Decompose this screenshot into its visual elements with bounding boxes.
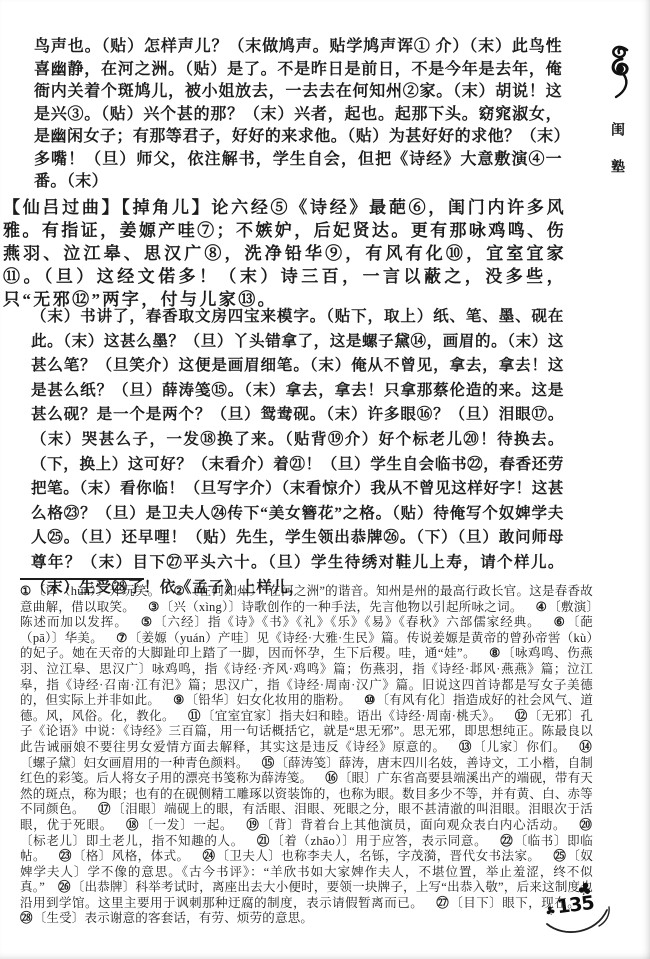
footnote-entry: ①〔诨（hùn）〕开玩笑。 — [20, 584, 160, 598]
footnote-marker: ⑪ — [188, 709, 201, 723]
footnote-marker: ⑩ — [364, 693, 375, 707]
footnote-marker: ⑱ — [126, 818, 139, 832]
aria-tune-label: 【仙吕过曲】【掉角儿】 — [3, 198, 211, 217]
footnote-marker: ㉑ — [257, 834, 270, 848]
footnote-marker: ⑮ — [262, 756, 275, 770]
footnote-marker: ⑨ — [173, 693, 184, 707]
footnote-entry: ⑬〔儿家〕你们。 — [459, 740, 566, 754]
footnote-marker: ㉖ — [58, 880, 71, 894]
footnote-marker: ⑬ — [459, 740, 472, 754]
footnote-entry: ⑪〔宜室宜家〕指夫妇和睦。语出《诗经·周南·桃夭》。 — [188, 709, 502, 723]
footnote-marker: ① — [20, 584, 31, 598]
footnote-marker: ⑲ — [246, 818, 259, 832]
footnote-marker: ㉕ — [553, 849, 566, 863]
footnote-marker: ㉓ — [59, 849, 72, 863]
footnote-marker: ㉘ — [20, 911, 33, 925]
footnote-entry: ⑲〔背〕背着台上其他演员，面向观众表白内心活动。 — [246, 818, 566, 832]
footnote-marker: ㉔ — [203, 849, 216, 863]
dialogue-paragraph-1: 鸟声也。（贴）怎样声儿？（末做鸠声。贴学鸠声诨① 介）（末）此鸟性喜幽静，在河之… — [34, 36, 562, 194]
page-number-badge: ♣ ♣ 135 — [544, 882, 622, 948]
footnote-marker: ⑧ — [489, 646, 501, 660]
footnote-entry: ㉘〔生受〕表示谢意的客套话，有劳、烦劳的意思。 — [20, 911, 313, 925]
footnote-marker: ⑤ — [141, 615, 153, 629]
footnote-marker: ⑰ — [98, 802, 111, 816]
textbook-page: 鸟声也。（贴）怎样声儿？（末做鸠声。贴学鸠声诨① 介）（末）此鸟性喜幽静，在河之… — [0, 0, 650, 959]
footnote-marker: ④ — [536, 600, 548, 614]
footnote-entry: ㉑〔着（zhāo）〕用于应答，表示同意。 — [257, 834, 487, 848]
footnote-marker: ⑭ — [579, 740, 592, 754]
footnote-entry: ⑱〔一发〕一起。 — [126, 818, 233, 832]
dialogue-paragraph-2: （末）书讲了，春香取文房四宝来模字。（贴下，取上）纸、笔、墨、砚在此。（末）这甚… — [31, 305, 564, 600]
footnote-marker: ㉗ — [436, 896, 449, 910]
footnote-marker: ⑥ — [554, 615, 566, 629]
aria-block: 【仙吕过曲】【掉角儿】论六经⑤《诗经》最葩⑥，闺门内许多风雅。有指证，姜嫄产哇⑦… — [3, 196, 566, 311]
footnote-entry: ⑤〔六经〕指《诗》《书》《礼》《乐》《易》《春秋》六部儒家经典。 — [141, 615, 541, 629]
chapter-title: 闺塾 — [606, 122, 626, 196]
footnote-marker: ⑳ — [579, 818, 592, 832]
footnote-marker: ㉒ — [500, 834, 513, 848]
footnote-marker: ② — [173, 584, 184, 598]
footnote-marker: ⑫ — [515, 709, 528, 723]
footnote-entry: ㉔〔卫夫人〕也称李夫人，名铄，字茂漪，晋代女书法家。 — [203, 849, 541, 863]
footnote-marker: ③ — [148, 600, 160, 614]
footnote-entry: ③〔兴（xìng）〕诗歌创作的一种手法，先言他物以引起所咏之词。 — [148, 600, 523, 614]
footnote-marker: ⑦ — [116, 631, 128, 645]
chapter-ornament-icon — [607, 44, 634, 107]
footnote-separator-rule — [20, 578, 144, 580]
footnote-entry: ⑨〔铅华〕妇女化妆用的脂粉。 — [173, 693, 351, 707]
footnote-marker: ⑯ — [325, 771, 338, 785]
page-number: 135 — [556, 892, 595, 918]
footnote-entry: ㉓〔格〕风格，体式。 — [59, 849, 190, 863]
footnotes-block: ①〔诨（hùn）〕开玩笑。②〔在何知州〕“在河之洲”的谐音。知州是州的最高行政长… — [20, 584, 593, 927]
